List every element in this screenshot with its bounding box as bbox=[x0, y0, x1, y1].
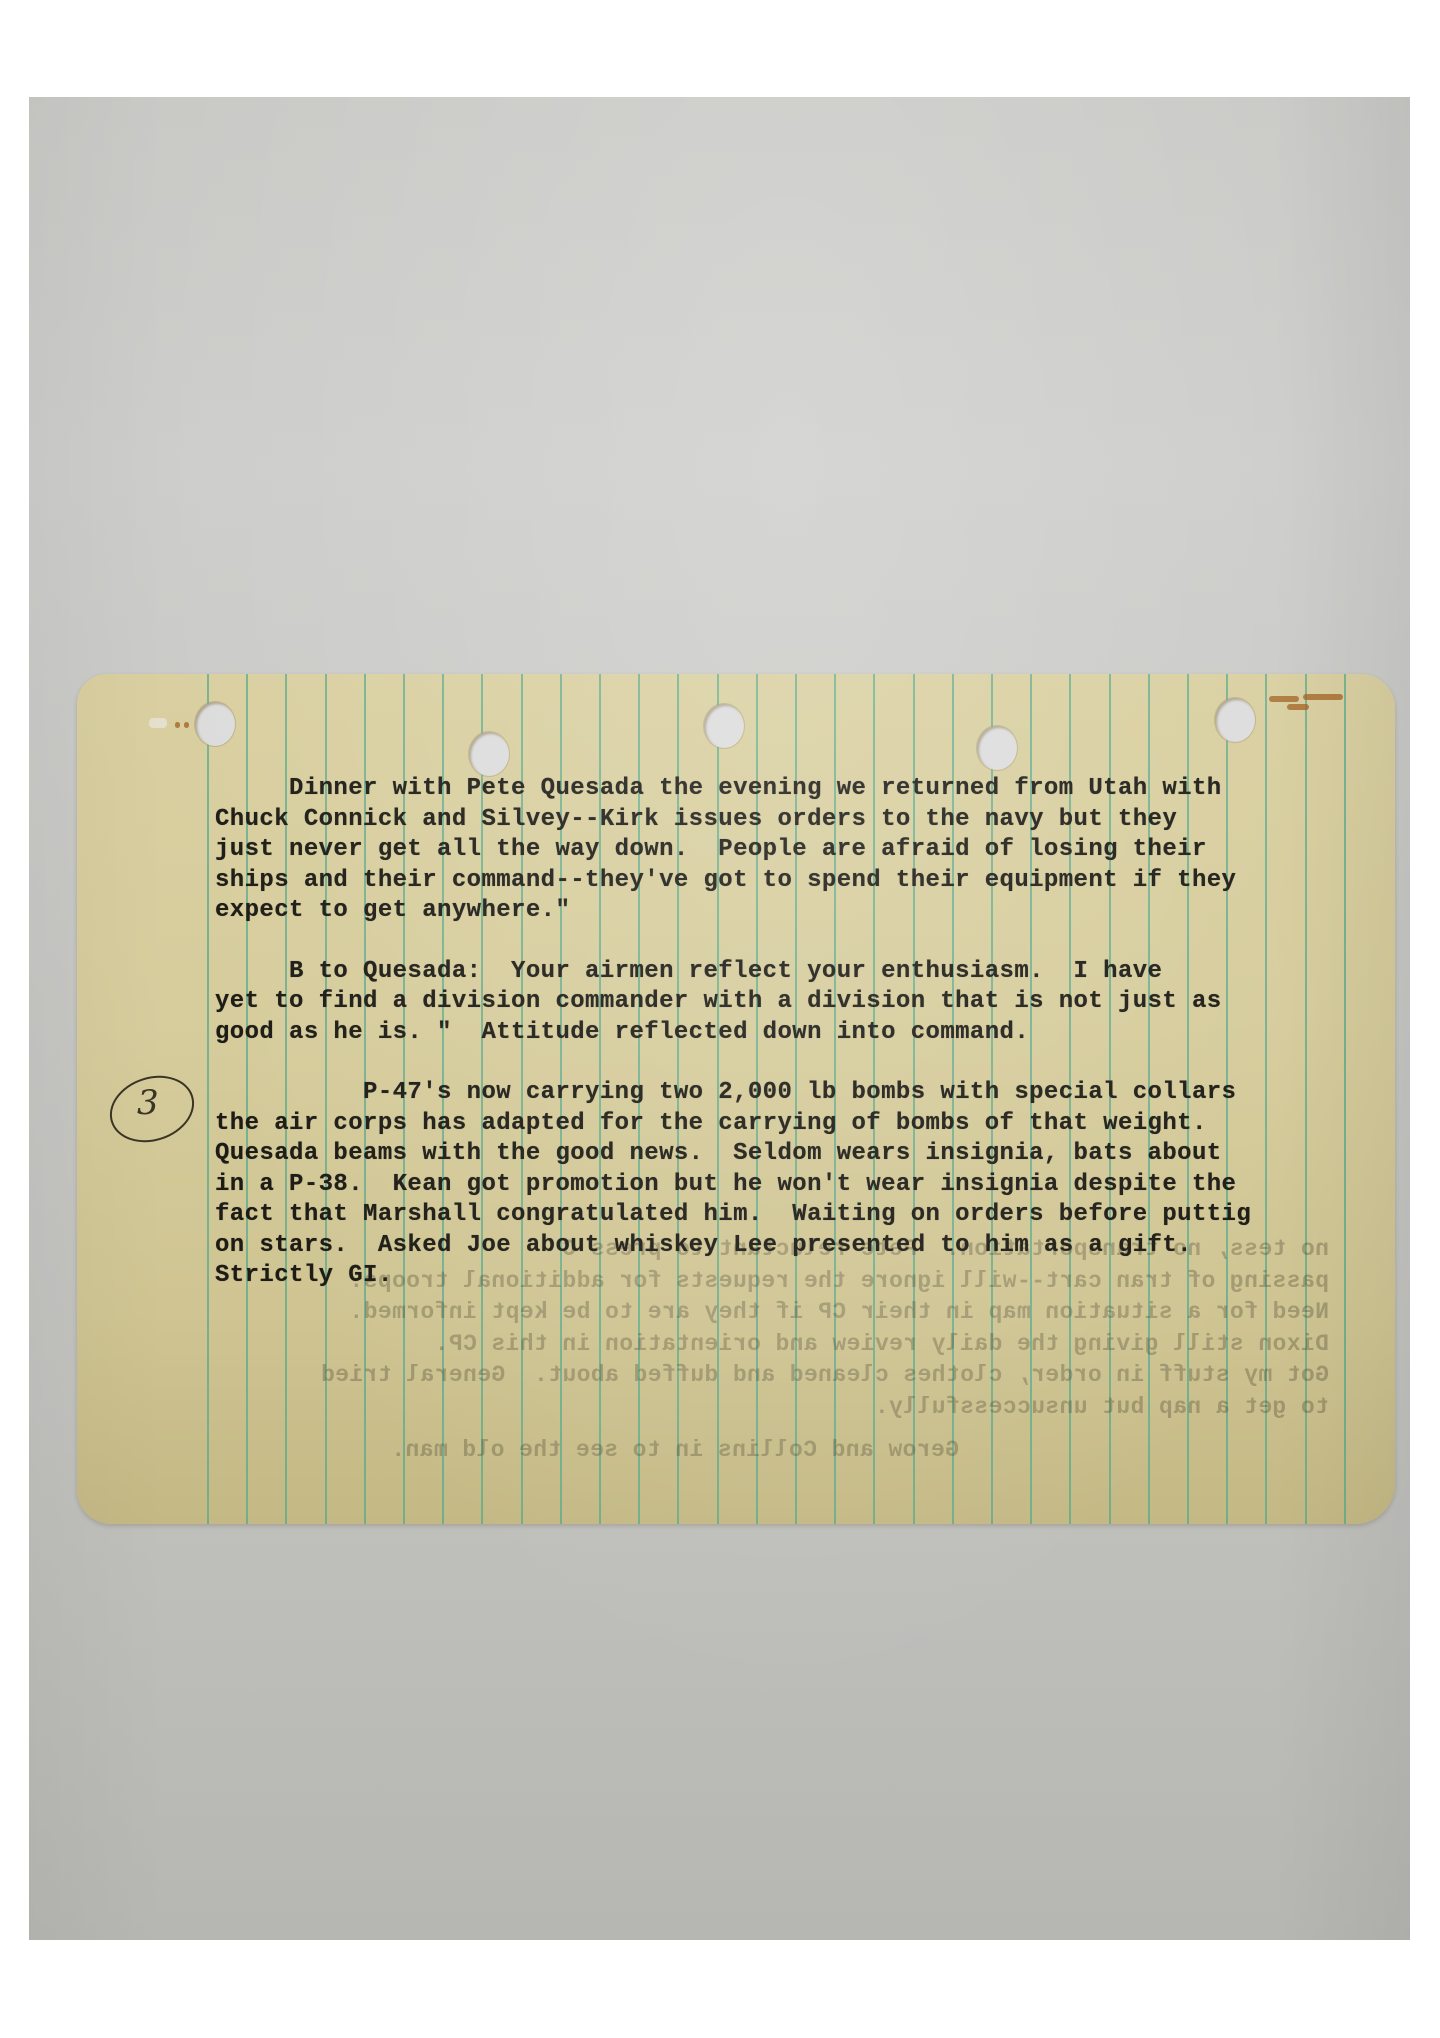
paragraph: B to Quesada: Your airmen reflect your e… bbox=[215, 957, 1335, 1049]
typed-line: just never get all the way down. People … bbox=[215, 835, 1335, 866]
rust-stain bbox=[1303, 694, 1343, 700]
typed-line: good as he is. " Attitude reflected down… bbox=[215, 1018, 1335, 1049]
punch-hole bbox=[469, 732, 509, 776]
typed-line: on stars. Asked Joe about whiskey Lee pr… bbox=[215, 1231, 1335, 1262]
punch-hole bbox=[195, 702, 235, 746]
rust-stain bbox=[1287, 704, 1309, 710]
typed-line: the air corps has adapted for the carryi… bbox=[215, 1109, 1335, 1140]
typed-line: yet to find a division commander with a … bbox=[215, 987, 1335, 1018]
typed-line: expect to get anywhere." bbox=[215, 896, 1335, 927]
bleed-through-line: to get a nap but unsuccessfully. bbox=[129, 1392, 1329, 1424]
typed-line: fact that Marshall congratulated him. Wa… bbox=[215, 1200, 1335, 1231]
handwritten-page-number: 3 bbox=[109, 1077, 195, 1141]
index-card: no tess, no transportation. Pete relucta… bbox=[77, 674, 1395, 1524]
rust-stain bbox=[1269, 696, 1299, 702]
bleed-through-line: Got my stuff in order, clothes cleaned a… bbox=[129, 1360, 1329, 1392]
bleed-through-line: Dixon still giving the daily review and … bbox=[129, 1329, 1329, 1361]
typed-line: Chuck Connick and Silvey--Kirk issues or… bbox=[215, 805, 1335, 836]
rust-stain bbox=[149, 718, 167, 728]
typed-line: B to Quesada: Your airmen reflect your e… bbox=[215, 957, 1335, 988]
bleed-through-line: Gerow and Collins in to see the old man. bbox=[129, 1435, 1329, 1467]
rust-stain bbox=[184, 722, 189, 728]
typed-line: Quesada beams with the good news. Seldom… bbox=[215, 1139, 1335, 1170]
punch-hole bbox=[1215, 698, 1255, 742]
paragraph: P-47's now carrying two 2,000 lb bombs w… bbox=[215, 1078, 1335, 1292]
rust-stain bbox=[175, 722, 180, 728]
typed-line: Dinner with Pete Quesada the evening we … bbox=[215, 774, 1335, 805]
rule-line bbox=[1344, 674, 1346, 1524]
typed-line: P-47's now carrying two 2,000 lb bombs w… bbox=[215, 1078, 1335, 1109]
typed-line: ships and their command--they've got to … bbox=[215, 866, 1335, 897]
paragraph: Dinner with Pete Quesada the evening we … bbox=[215, 774, 1335, 927]
photo-background: no tess, no transportation. Pete relucta… bbox=[29, 97, 1410, 1940]
typed-note-body: Dinner with Pete Quesada the evening we … bbox=[215, 774, 1335, 1322]
punch-hole bbox=[977, 726, 1017, 770]
typed-line: in a P-38. Kean got promotion but he won… bbox=[215, 1170, 1335, 1201]
punch-hole bbox=[704, 704, 744, 748]
page-number-label: 3 bbox=[137, 1083, 159, 1123]
typed-line: Strictly GI. bbox=[215, 1261, 1335, 1292]
